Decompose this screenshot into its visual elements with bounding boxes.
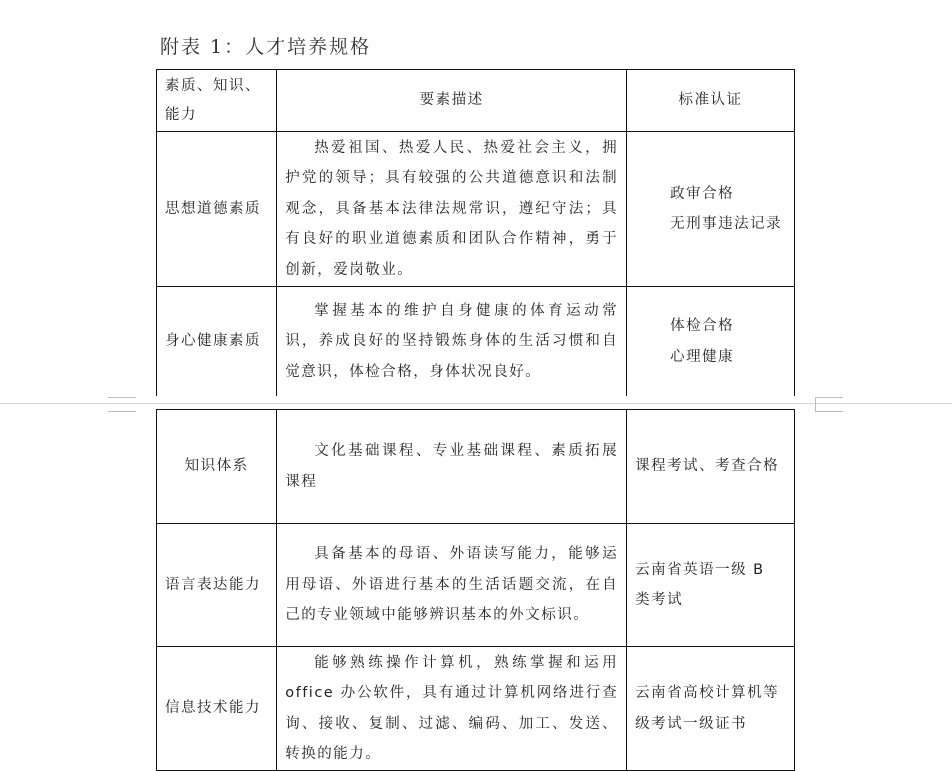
row-category: 语言表达能力 (157, 524, 277, 647)
row-description: 掌握基本的维护自身健康的体育运动常识，养成良好的坚持锻炼身体的生活习惯和自觉意识… (277, 287, 627, 397)
table-row: 信息技术能力 能够熟练操作计算机，熟练掌握和运用 office 办公软件，具有通… (157, 647, 795, 771)
document-title: 附表 1：人才培养规格 (160, 32, 371, 59)
row-description: 热爱祖国、热爱人民、热爱社会主义，拥护党的领导；具有较强的公共道德意识和法制观念… (277, 132, 627, 287)
table-header-row: 素质、知识、能力 要素描述 标准认证 (157, 70, 795, 132)
row-certification: 课程考试、考查合格 (627, 410, 795, 524)
row-category: 思想道德素质 (157, 132, 277, 287)
row-category: 身心健康素质 (157, 287, 277, 397)
table-row: 身心健康素质 掌握基本的维护自身健康的体育运动常识，养成良好的坚持锻炼身体的生活… (157, 287, 795, 397)
row-description: 具备基本的母语、外语读写能力，能够运用母语、外语进行基本的生活话题交流，在自己的… (277, 524, 627, 647)
header-certification: 标准认证 (627, 70, 795, 132)
certification-line: 无刑事违法记录 (635, 209, 786, 240)
row-certification: 政审合格 无刑事违法记录 (627, 132, 795, 287)
header-category: 素质、知识、能力 (157, 70, 277, 132)
left-margin-marker (108, 397, 136, 412)
right-margin-marker (815, 397, 843, 412)
row-description: 能够熟练操作计算机，熟练掌握和运用 office 办公软件，具有通过计算机网络进… (277, 647, 627, 771)
table-row: 思想道德素质 热爱祖国、热爱人民、热爱社会主义，拥护党的领导；具有较强的公共道德… (157, 132, 795, 287)
table-row: 语言表达能力 具备基本的母语、外语读写能力，能够运用母语、外语进行基本的生活话题… (157, 524, 795, 647)
header-description: 要素描述 (277, 70, 627, 132)
row-certification: 云南省高校计算机等级考试一级证书 (627, 647, 795, 771)
certification-line: 心理健康 (635, 342, 786, 373)
row-certification: 体检合格 心理健康 (627, 287, 795, 397)
row-category: 信息技术能力 (157, 647, 277, 771)
certification-line: 政审合格 (635, 179, 786, 210)
row-certification: 云南省英语一级 B 类考试 (627, 524, 795, 647)
table-row: 知识体系 文化基础课程、专业基础课程、素质拓展课程 课程考试、考查合格 (157, 410, 795, 524)
certification-line: 体检合格 (635, 311, 786, 342)
talent-spec-table-page2: 知识体系 文化基础课程、专业基础课程、素质拓展课程 课程考试、考查合格 语言表达… (156, 409, 795, 771)
row-category: 知识体系 (157, 410, 277, 524)
talent-spec-table-page1: 素质、知识、能力 要素描述 标准认证 思想道德素质 热爱祖国、热爱人民、热爱社会… (156, 69, 795, 397)
row-description: 文化基础课程、专业基础课程、素质拓展课程 (277, 410, 627, 524)
page-break-line (0, 403, 952, 404)
